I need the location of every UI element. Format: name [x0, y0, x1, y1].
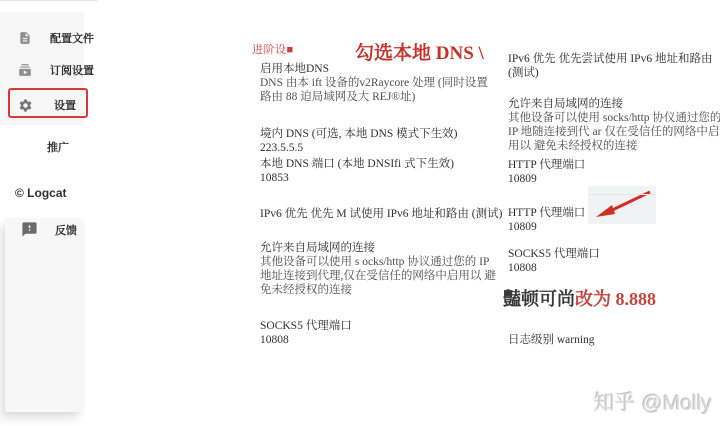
setting-title: 境内 DNS (可选, 本地 DNS 模式下生效) — [260, 127, 500, 141]
setting-http-port[interactable]: HTTP 代理端口 10809 — [508, 158, 720, 186]
patch-divider — [588, 194, 656, 195]
setting-http-port[interactable]: HTTP 代理端口 10809 — [508, 206, 720, 234]
setting-desc: 其他设备可以使用 s ocks/http 协议通过您的 IP 地址连接到代理,仅… — [260, 255, 500, 297]
setting-title: 本地 DNS 端口 (本地 DNSIfi 式下生效) — [260, 157, 500, 171]
feedback-icon — [21, 221, 38, 238]
setting-title: 允许来自局域网的连接 — [508, 97, 720, 111]
setting-title: 日志级别 warning — [508, 333, 720, 347]
setting-title: 启用本地DNS — [260, 62, 500, 76]
setting-ipv6-preferred[interactable]: IPv6 优先 优先尝试使用 IPv6 地址和路由 (测试) — [508, 52, 720, 80]
top-divider — [0, 0, 97, 1]
sidebar-item-settings[interactable]: 设置 — [18, 97, 76, 113]
setting-log-level[interactable]: 日志级别 warning — [508, 333, 720, 347]
setting-title: 允许来自局域网的连接 — [260, 241, 500, 255]
advanced-settings-link[interactable]: 进阶设■ — [252, 41, 294, 57]
setting-title: SOCKS5 代理端口 — [260, 319, 500, 333]
setting-title: HTTP 代理端口 — [508, 206, 720, 220]
setting-desc: DNS 由本 ift 设备的v2Raycore 处理 (同时设置 路由 88 迫… — [260, 76, 500, 104]
sidebar-item-label: 反馈 — [55, 222, 77, 238]
file-icon — [18, 31, 32, 45]
port-note-red-text: 改为 8.888 — [575, 289, 656, 309]
setting-value: 10853 — [260, 171, 500, 185]
sidebar-item-label: 订阅设置 — [50, 62, 94, 78]
port-change-annotation: 豔顿可尚改为 8.888 — [503, 285, 656, 311]
setting-value: 10809 — [508, 220, 720, 234]
setting-allow-lan[interactable]: 允许来自局域网的连接 其他设备可以使用 socks/http 协仪通过您的 IP… — [508, 97, 720, 153]
setting-value: 10808 — [508, 261, 720, 275]
setting-local-dns-port[interactable]: 本地 DNS 端口 (本地 DNSIfi 式下生效) 10853 — [260, 157, 500, 185]
setting-value: 10808 — [260, 333, 500, 347]
setting-domestic-dns[interactable]: 境内 DNS (可选, 本地 DNS 模式下生效) 223.5.5.5 — [260, 127, 500, 155]
setting-ipv6-preferred[interactable]: IPv6 优先 优先 M 试使用 IPv6 地址和路由 (测试) — [260, 207, 505, 221]
setting-desc: 其他设备可以使用 socks/http 协仪通过您的 IP 地随连接到代 ar … — [508, 111, 720, 153]
sidebar-item-feedback[interactable]: 反馈 — [21, 221, 77, 238]
setting-socks5-port[interactable]: SOCKS5 代理端口 10808 — [508, 247, 720, 275]
sidebar-item-label: 配置文件 — [50, 30, 94, 46]
sidebar-item-label: 设置 — [54, 97, 76, 113]
gear-icon — [18, 98, 33, 113]
sidebar-item-subscriptions[interactable]: 订阅设置 — [18, 62, 94, 78]
setting-title: IPv6 优先 优先 M 试使用 IPv6 地址和路由 (测试) — [260, 207, 505, 221]
check-local-dns-annotation: 勾选本地 DNS \ — [355, 38, 484, 65]
subscriptions-icon — [18, 63, 32, 77]
logcat-label[interactable]: © Logcat — [15, 186, 67, 200]
settings-screenshot: 配置文件 订阅设置 设置 推广 © Logcat 反馈 进阶设■ 勾选本地 DN… — [0, 0, 720, 426]
setting-value: 10809 — [508, 172, 720, 186]
setting-title: HTTP 代理端口 — [508, 158, 720, 172]
sidebar-panel-bottom: 反馈 — [5, 218, 83, 412]
sidebar-item-label: 推广 — [47, 139, 69, 155]
setting-title: IPv6 优先 优先尝试使用 IPv6 地址和路由 (测试) — [508, 52, 720, 80]
setting-enable-local-dns[interactable]: 启用本地DNS DNS 由本 ift 设备的v2Raycore 处理 (同时设置… — [260, 62, 500, 104]
setting-value: 223.5.5.5 — [260, 141, 500, 155]
setting-title: SOCKS5 代理端口 — [508, 247, 720, 261]
zhihu-watermark: 知乎 @Molly — [594, 387, 712, 417]
setting-socks5-port[interactable]: SOCKS5 代理端口 10808 — [260, 319, 500, 347]
sidebar-item-profiles[interactable]: 配置文件 — [18, 30, 94, 46]
sidebar-item-promotion[interactable]: 推广 — [47, 139, 69, 155]
setting-allow-lan[interactable]: 允许来自局域网的连接 其他设备可以使用 s ocks/http 协议通过您的 I… — [260, 241, 500, 297]
port-note-dark-text: 豔顿可尚 — [503, 289, 575, 309]
